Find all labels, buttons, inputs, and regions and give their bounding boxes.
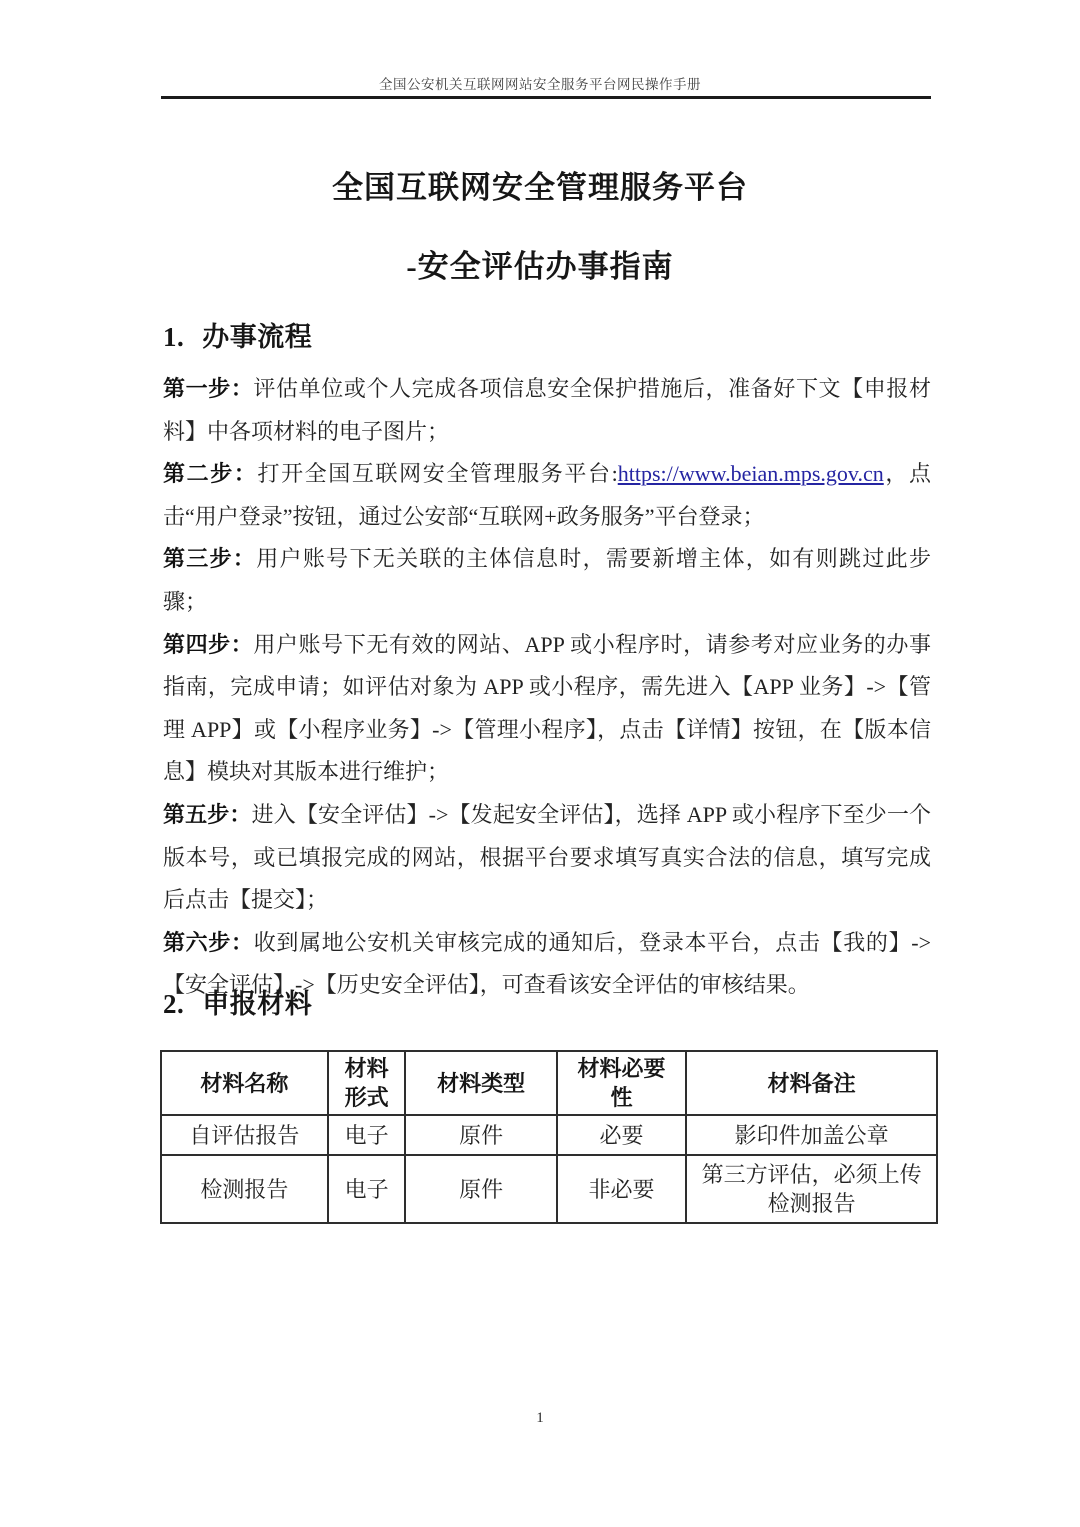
section-title: 办事流程 [202, 322, 312, 352]
step-3-label: 第三步： [163, 546, 256, 571]
document-subtitle: -安全评估办事指南 [0, 241, 1080, 286]
table-cell: 自评估报告 [161, 1115, 328, 1155]
table-cell: 影印件加盖公章 [686, 1115, 937, 1155]
table-cell: 电子 [328, 1115, 406, 1155]
document-page: 全国公安机关互联网网站安全服务平台网民操作手册 全国互联网安全管理服务平台 -安… [0, 0, 1080, 1527]
step-4-text: 用户账号下无有效的网站、APP 或小程序时，请参考对应业务的办事指南，完成申请；… [163, 632, 931, 785]
table-cell: 原件 [405, 1115, 556, 1155]
section-heading-materials: 2.申报材料 [163, 982, 312, 1021]
step-5-label: 第五步： [163, 802, 252, 827]
step-6-label: 第六步： [163, 930, 254, 955]
step-1: 第一步：评估单位或个人完成各项信息安全保护措施后，准备好下文【申报材料】中各项材… [163, 368, 931, 453]
step-5: 第五步：进入【安全评估】->【发起安全评估】，选择 APP 或小程序下至少一个版… [163, 794, 931, 922]
table-row: 自评估报告 电子 原件 必要 影印件加盖公章 [161, 1115, 937, 1155]
section-heading-process: 1.办事流程 [163, 315, 312, 354]
table-cell: 检测报告 [161, 1155, 328, 1223]
step-2-text-before-link: 打开全国互联网安全管理服务平台: [257, 461, 617, 486]
table-cell: 电子 [328, 1155, 406, 1223]
materials-table: 材料名称 材料形式 材料类型 材料必要性 材料备注 自评估报告 电子 原件 必要… [160, 1050, 938, 1224]
table-header-cell: 材料必要性 [557, 1051, 687, 1115]
table-header-cell: 材料类型 [405, 1051, 556, 1115]
table-cell: 非必要 [557, 1155, 687, 1223]
step-1-label: 第一步： [163, 376, 253, 401]
step-3-text: 用户账号下无关联的主体信息时，需要新增主体，如有则跳过此步骤； [163, 546, 931, 614]
table-header-row: 材料名称 材料形式 材料类型 材料必要性 材料备注 [161, 1051, 937, 1115]
step-1-text: 评估单位或个人完成各项信息安全保护措施后，准备好下文【申报材料】中各项材料的电子… [163, 376, 931, 444]
step-4-label: 第四步： [163, 632, 253, 657]
table-cell: 必要 [557, 1115, 687, 1155]
section-title: 申报材料 [202, 989, 312, 1019]
step-5-text: 进入【安全评估】->【发起安全评估】，选择 APP 或小程序下至少一个版本号，或… [163, 802, 931, 912]
table-cell: 原件 [405, 1155, 556, 1223]
page-number: 1 [0, 1410, 1080, 1427]
table-cell: 第三方评估，必须上传检测报告 [686, 1155, 937, 1223]
procedure-steps: 第一步：评估单位或个人完成各项信息安全保护措施后，准备好下文【申报材料】中各项材… [163, 368, 931, 1007]
section-number: 1. [163, 322, 184, 352]
table-header-cell: 材料形式 [328, 1051, 406, 1115]
beian-platform-link[interactable]: https://www.beian.mps.gov.cn [618, 461, 884, 486]
step-2: 第二步：打开全国互联网安全管理服务平台:https://www.beian.mp… [163, 453, 931, 538]
table-row: 检测报告 电子 原件 非必要 第三方评估，必须上传检测报告 [161, 1155, 937, 1223]
table-header-cell: 材料名称 [161, 1051, 328, 1115]
step-4: 第四步：用户账号下无有效的网站、APP 或小程序时，请参考对应业务的办事指南，完… [163, 624, 931, 794]
step-2-label: 第二步： [163, 461, 257, 486]
step-3: 第三步：用户账号下无关联的主体信息时，需要新增主体，如有则跳过此步骤； [163, 538, 931, 623]
document-title: 全国互联网安全管理服务平台 [0, 162, 1080, 207]
header-rule [161, 96, 931, 99]
table-header-cell: 材料备注 [686, 1051, 937, 1115]
page-header-title: 全国公安机关互联网网站安全服务平台网民操作手册 [0, 73, 1080, 93]
section-number: 2. [163, 989, 184, 1019]
